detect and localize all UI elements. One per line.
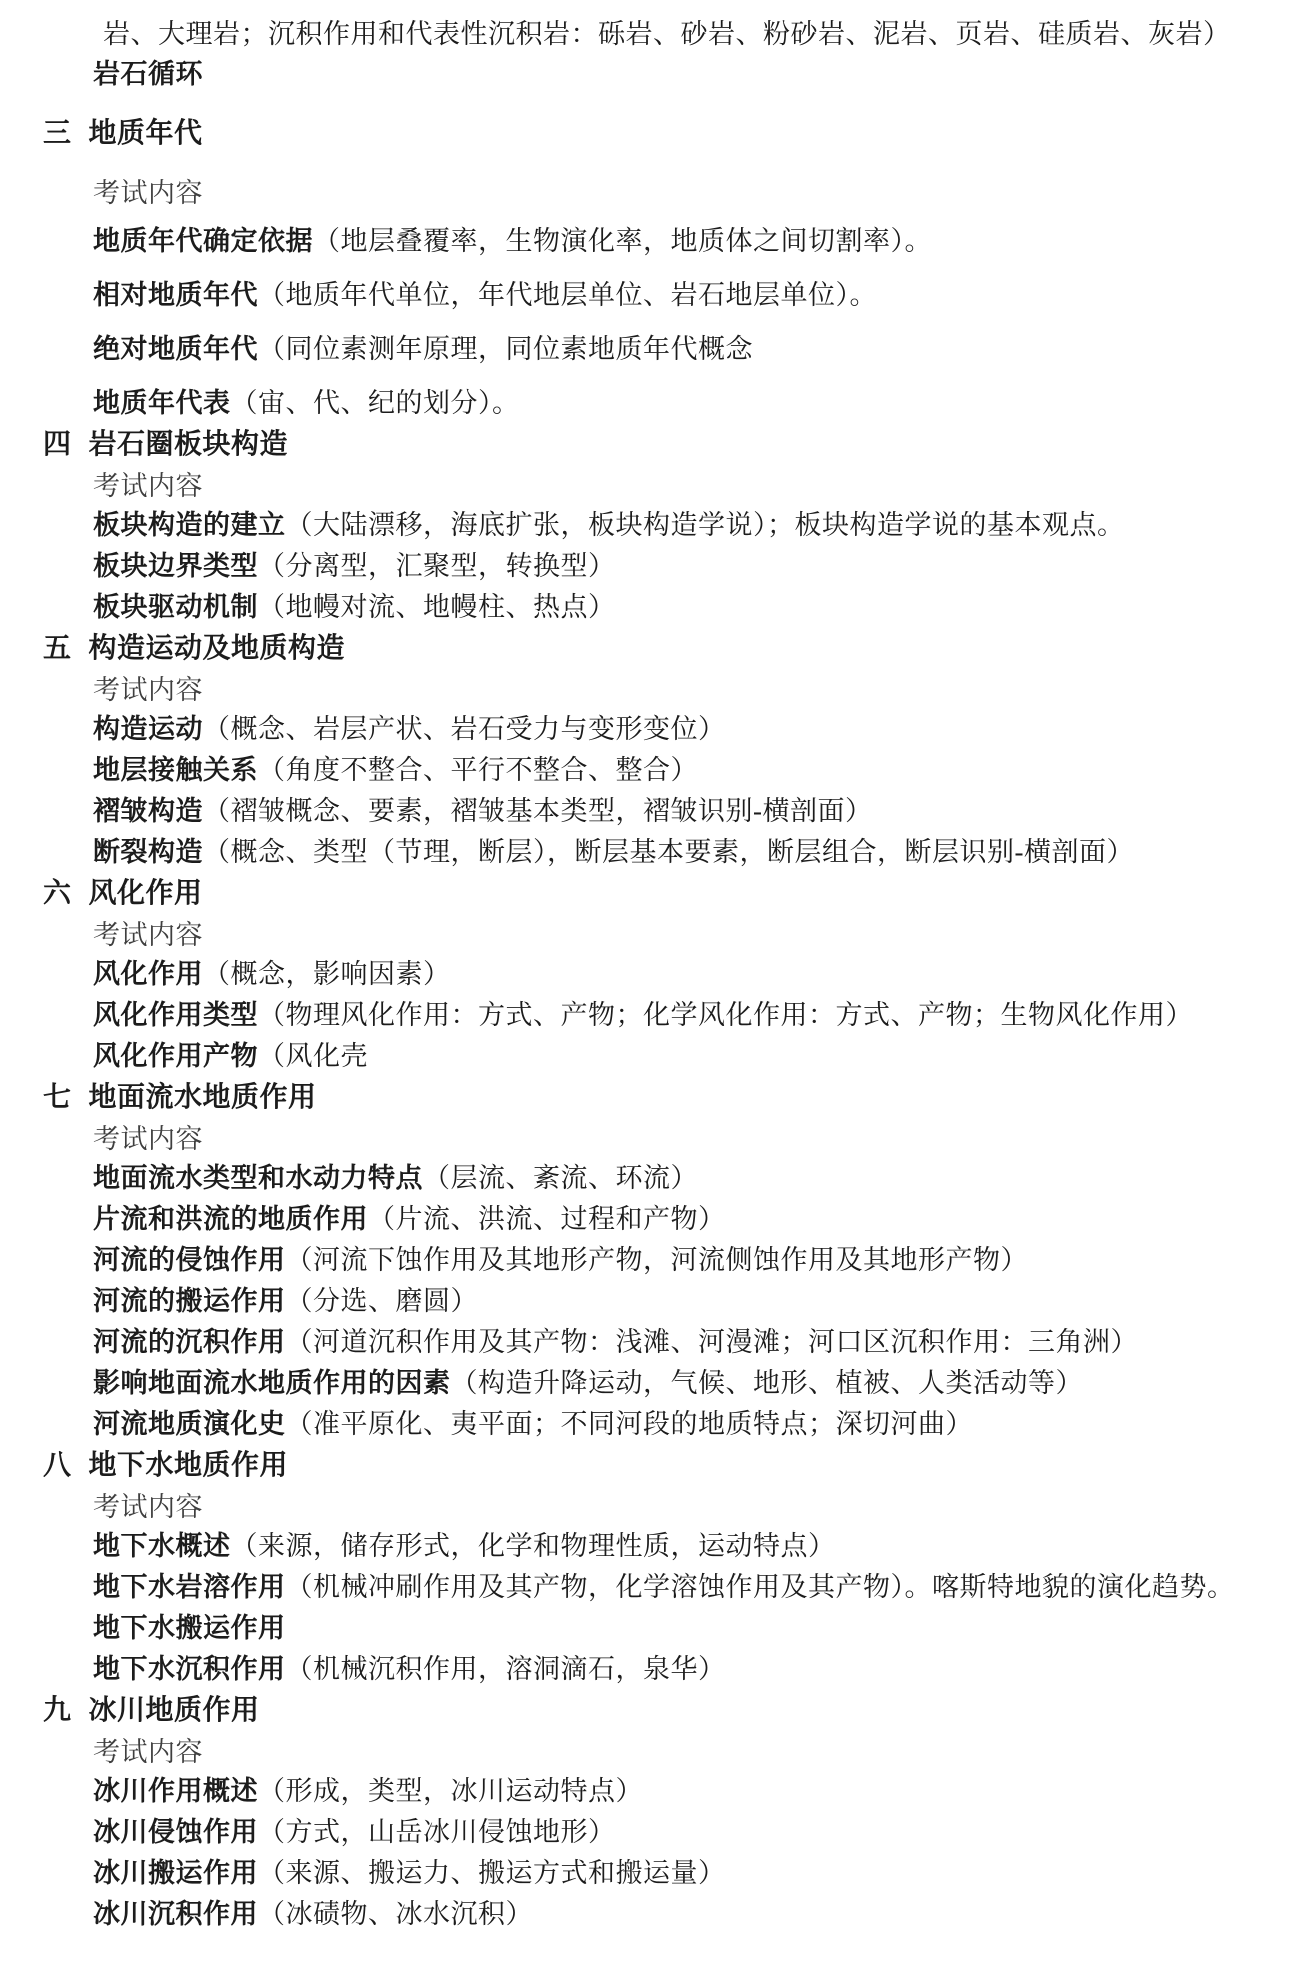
topic-term: 相对地质年代: [93, 280, 258, 310]
topic-desc: （机械沉积作用，溶洞滴石，泉华）: [286, 1654, 726, 1684]
section-heading: 五构造运动及地质构造: [43, 633, 1278, 665]
topic-term: 河流的侵蚀作用: [93, 1245, 286, 1275]
topic-term: 地质年代表: [93, 388, 231, 418]
section-title: 地下水地质作用: [89, 1450, 289, 1481]
topic-desc: （角度不整合、平行不整合、整合）: [258, 755, 698, 785]
topic-line: 冰川侵蚀作用（方式，山岳冰川侵蚀地形）: [43, 1816, 1278, 1848]
topic-term: 风化作用: [93, 959, 203, 989]
exam-content-label: 考试内容: [43, 674, 1278, 706]
exam-content-label: 考试内容: [43, 1736, 1278, 1768]
topic-line: 风化作用（概念，影响因素）: [43, 958, 1278, 990]
topic-line: 冰川沉积作用（冰碛物、冰水沉积）: [43, 1898, 1278, 1930]
section-heading: 三地质年代: [43, 118, 1278, 150]
exam-content-label: 考试内容: [43, 470, 1278, 502]
section-title: 冰川地质作用: [89, 1695, 260, 1726]
topic-desc: （物理风化作用：方式、产物；化学风化作用：方式、产物；生物风化作用）: [258, 1000, 1193, 1030]
exam-content-label: 考试内容: [43, 1491, 1278, 1523]
topic-desc: （地质年代单位，年代地层单位、岩石地层单位）。: [258, 280, 877, 310]
topic-term: 地下水搬运作用: [93, 1613, 286, 1643]
topic-desc: （形成，类型，冰川运动特点）: [258, 1776, 643, 1806]
topic-desc: （分选、磨圆）: [286, 1286, 479, 1316]
topic-desc: （同位素测年原理，同位素地质年代概念: [258, 334, 753, 364]
topic-line: 风化作用类型（物理风化作用：方式、产物；化学风化作用：方式、产物；生物风化作用）: [43, 999, 1278, 1031]
topic-desc: （来源，储存形式，化学和物理性质，运动特点）: [231, 1531, 836, 1561]
section-heading: 八地下水地质作用: [43, 1450, 1278, 1482]
topic-desc: （概念、类型（节理，断层），断层基本要素，断层组合，断层识别-横剖面）: [203, 837, 1134, 867]
section-groundwater: 八地下水地质作用 考试内容 地下水概述（来源，储存形式，化学和物理性质，运动特点…: [43, 1450, 1278, 1685]
section-title: 地质年代: [89, 118, 203, 149]
topic-line: 板块构造的建立（大陆漂移，海底扩张，板块构造学说）；板块构造学说的基本观点。: [43, 509, 1278, 541]
topic-desc: （片流、洪流、过程和产物）: [368, 1204, 726, 1234]
section-tectonic-movement: 五构造运动及地质构造 考试内容 构造运动（概念、岩层产状、岩石受力与变形变位） …: [43, 633, 1278, 868]
topic-term: 地层接触关系: [93, 755, 258, 785]
topic-desc: （来源、搬运力、搬运方式和搬运量）: [258, 1858, 726, 1888]
topic-term: 板块边界类型: [93, 551, 258, 581]
section-title: 风化作用: [89, 878, 203, 909]
topic-desc: （方式，山岳冰川侵蚀地形）: [258, 1817, 616, 1847]
section-heading: 四岩石圈板块构造: [43, 429, 1278, 461]
topic-term: 片流和洪流的地质作用: [93, 1204, 368, 1234]
topic-term: 绝对地质年代: [93, 334, 258, 364]
continuation-line: 岩、大理岩；沉积作用和代表性沉积岩：砾岩、砂岩、粉砂岩、泥岩、页岩、硅质岩、灰岩…: [43, 18, 1278, 50]
topic-term: 冰川搬运作用: [93, 1858, 258, 1888]
topic-desc: （冰碛物、冰水沉积）: [258, 1899, 533, 1929]
topic-desc: （概念，影响因素）: [203, 959, 451, 989]
topic-term: 地下水岩溶作用: [93, 1572, 286, 1602]
topic-desc: （风化壳: [258, 1041, 368, 1071]
topic-desc: （地幔对流、地幔柱、热点）: [258, 592, 616, 622]
topic-line: 构造运动（概念、岩层产状、岩石受力与变形变位）: [43, 713, 1278, 745]
exam-content-label: 考试内容: [43, 1123, 1278, 1155]
topic-line: 河流地质演化史（准平原化、夷平面；不同河段的地质特点；深切河曲）: [43, 1408, 1278, 1440]
topic-desc: （分离型，汇聚型，转换型）: [258, 551, 616, 581]
topic-term: 地下水沉积作用: [93, 1654, 286, 1684]
section-number: 三: [43, 118, 72, 150]
topic-desc: （地层叠覆率，生物演化率，地质体之间切割率）。: [313, 226, 932, 256]
section-number: 六: [43, 878, 72, 910]
section-surface-water: 七地面流水地质作用 考试内容 地面流水类型和水动力特点（层流、紊流、环流） 片流…: [43, 1082, 1278, 1440]
topic-desc: （准平原化、夷平面；不同河段的地质特点；深切河曲）: [286, 1409, 974, 1439]
topic-line: 冰川作用概述（形成，类型，冰川运动特点）: [43, 1775, 1278, 1807]
topic-desc: （褶皱概念、要素，褶皱基本类型，褶皱识别-横剖面）: [203, 796, 873, 826]
topic-line: 板块驱动机制（地幔对流、地幔柱、热点）: [43, 591, 1278, 623]
topic-desc: （大陆漂移，海底扩张，板块构造学说）；板块构造学说的基本观点。: [286, 510, 1125, 540]
topic-desc: （河道沉积作用及其产物：浅滩、河漫滩；河口区沉积作用：三角洲）: [286, 1327, 1139, 1357]
section-heading: 七地面流水地质作用: [43, 1082, 1278, 1114]
section-number: 五: [43, 633, 72, 665]
topic-term: 冰川作用概述: [93, 1776, 258, 1806]
section-glacial: 九冰川地质作用 考试内容 冰川作用概述（形成，类型，冰川运动特点） 冰川侵蚀作用…: [43, 1695, 1278, 1930]
section-heading: 九冰川地质作用: [43, 1695, 1278, 1727]
rock-cycle-term: 岩石循环: [43, 58, 1278, 90]
topic-line: 相对地质年代（地质年代单位，年代地层单位、岩石地层单位）。: [43, 279, 1278, 311]
topic-line: 冰川搬运作用（来源、搬运力、搬运方式和搬运量）: [43, 1857, 1278, 1889]
topic-line: 绝对地质年代（同位素测年原理，同位素地质年代概念: [43, 333, 1278, 365]
topic-term: 冰川侵蚀作用: [93, 1817, 258, 1847]
section-plate-tectonics: 四岩石圈板块构造 考试内容 板块构造的建立（大陆漂移，海底扩张，板块构造学说）；…: [43, 429, 1278, 623]
topic-term: 板块构造的建立: [93, 510, 286, 540]
section-title: 构造运动及地质构造: [89, 633, 346, 664]
topic-line: 断裂构造（概念、类型（节理，断层），断层基本要素，断层组合，断层识别-横剖面）: [43, 836, 1278, 868]
topic-desc: （机械冲刷作用及其产物，化学溶蚀作用及其产物）。喀斯特地貌的演化趋势。: [286, 1572, 1235, 1602]
topic-line: 地下水概述（来源，储存形式，化学和物理性质，运动特点）: [43, 1530, 1278, 1562]
topic-term: 地面流水类型和水动力特点: [93, 1163, 423, 1193]
topic-term: 河流的沉积作用: [93, 1327, 286, 1357]
topic-line: 地层接触关系（角度不整合、平行不整合、整合）: [43, 754, 1278, 786]
topic-line: 褶皱构造（褶皱概念、要素，褶皱基本类型，褶皱识别-横剖面）: [43, 795, 1278, 827]
topic-term: 河流地质演化史: [93, 1409, 286, 1439]
exam-content-label: 考试内容: [43, 919, 1278, 951]
exam-content-label: 考试内容: [43, 177, 1278, 209]
topic-term: 河流的搬运作用: [93, 1286, 286, 1316]
topic-line: 地质年代表（宙、代、纪的划分）。: [43, 387, 1278, 419]
topic-line: 地下水搬运作用: [43, 1612, 1278, 1644]
document-page: 岩、大理岩；沉积作用和代表性沉积岩：砾岩、砂岩、粉砂岩、泥岩、页岩、硅质岩、灰岩…: [0, 0, 1304, 1983]
section-number: 九: [43, 1695, 72, 1727]
section-geologic-time: 三地质年代 考试内容 地质年代确定依据（地层叠覆率，生物演化率，地质体之间切割率…: [43, 118, 1278, 419]
topic-line: 地质年代确定依据（地层叠覆率，生物演化率，地质体之间切割率）。: [43, 225, 1278, 257]
topic-term: 地下水概述: [93, 1531, 231, 1561]
section-title: 地面流水地质作用: [89, 1082, 317, 1113]
topic-term: 风化作用产物: [93, 1041, 258, 1071]
topic-desc: （层流、紊流、环流）: [423, 1163, 698, 1193]
section-number: 七: [43, 1082, 72, 1114]
topic-line: 地面流水类型和水动力特点（层流、紊流、环流）: [43, 1162, 1278, 1194]
topic-term: 断裂构造: [93, 837, 203, 867]
topic-line: 河流的搬运作用（分选、磨圆）: [43, 1285, 1278, 1317]
topic-term: 影响地面流水地质作用的因素: [93, 1368, 451, 1398]
topic-term: 冰川沉积作用: [93, 1899, 258, 1929]
section-weathering: 六风化作用 考试内容 风化作用（概念，影响因素） 风化作用类型（物理风化作用：方…: [43, 878, 1278, 1072]
section-number: 四: [43, 429, 72, 461]
section-heading: 六风化作用: [43, 878, 1278, 910]
topic-desc: （宙、代、纪的划分）。: [231, 388, 520, 418]
section-number: 八: [43, 1450, 72, 1482]
section-title: 岩石圈板块构造: [89, 429, 289, 460]
topic-line: 板块边界类型（分离型，汇聚型，转换型）: [43, 550, 1278, 582]
topic-line: 河流的沉积作用（河道沉积作用及其产物：浅滩、河漫滩；河口区沉积作用：三角洲）: [43, 1326, 1278, 1358]
topic-line: 影响地面流水地质作用的因素（构造升降运动，气候、地形、植被、人类活动等）: [43, 1367, 1278, 1399]
topic-term: 地质年代确定依据: [93, 226, 313, 256]
topic-desc: （构造升降运动，气候、地形、植被、人类活动等）: [451, 1368, 1084, 1398]
topic-line: 片流和洪流的地质作用（片流、洪流、过程和产物）: [43, 1203, 1278, 1235]
topic-term: 板块驱动机制: [93, 592, 258, 622]
topic-line: 地下水沉积作用（机械沉积作用，溶洞滴石，泉华）: [43, 1653, 1278, 1685]
topic-line: 河流的侵蚀作用（河流下蚀作用及其地形产物，河流侧蚀作用及其地形产物）: [43, 1244, 1278, 1276]
topic-term: 风化作用类型: [93, 1000, 258, 1030]
topic-desc: （河流下蚀作用及其地形产物，河流侧蚀作用及其地形产物）: [286, 1245, 1029, 1275]
topic-term: 构造运动: [93, 714, 203, 744]
topic-line: 风化作用产物（风化壳: [43, 1040, 1278, 1072]
topic-term: 褶皱构造: [93, 796, 203, 826]
topic-line: 地下水岩溶作用（机械冲刷作用及其产物，化学溶蚀作用及其产物）。喀斯特地貌的演化趋…: [43, 1571, 1278, 1603]
topic-desc: （概念、岩层产状、岩石受力与变形变位）: [203, 714, 726, 744]
